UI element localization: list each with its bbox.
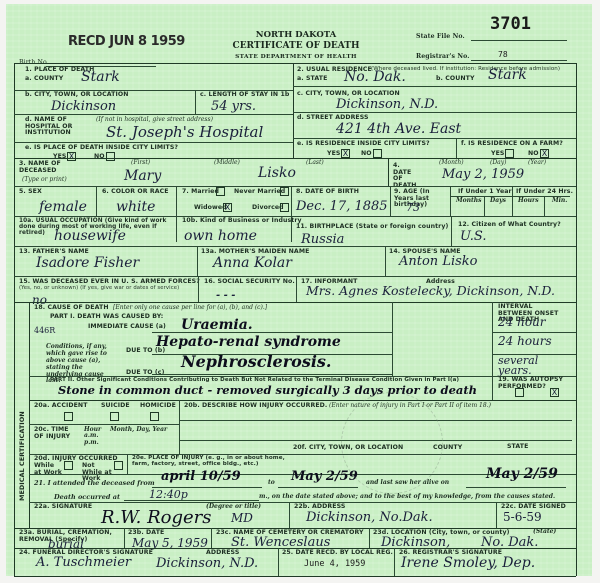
to-label: to — [268, 480, 275, 486]
last-name-label: (Last) — [306, 160, 324, 166]
place-of-injury-label: 20e. PLACE OF INJURY (e. g., in or about… — [132, 456, 287, 468]
death-certificate: RECD JUN 8 1959 NORTH DAKOTA CERTIFICATE… — [6, 4, 592, 576]
death-time-value: 12:40p — [149, 489, 188, 500]
cause-of-death-label: 18. CAUSE OF DEATH — [34, 305, 109, 312]
funeral-director-signature: A. Tuschmeier — [36, 556, 131, 569]
time-of-injury-label: 20c. TIME OF INJURY — [34, 427, 72, 440]
death-occurred-suffix: m., on the date stated above; and to the… — [259, 494, 555, 500]
deceased-name-label: 3. NAME OF DECEASED — [19, 161, 64, 174]
married-checkbox[interactable] — [216, 187, 225, 196]
under-24-hrs-label: If Under 24 Hrs. — [516, 189, 573, 196]
citizen-value: U.S. — [460, 230, 486, 243]
last-saw-value: May 2/59 — [486, 467, 558, 481]
race-label: 6. COLOR OR RACE — [102, 189, 169, 196]
no-label: NO — [361, 151, 372, 158]
part2-value: Stone in common duct - removed surgicall… — [58, 385, 477, 397]
date-received-label: 25. DATE RECD. BY LOCAL REG. — [282, 550, 393, 557]
degree-label: (Degree or title) — [206, 504, 261, 510]
cause-c-value: Nephrosclerosis. — [181, 354, 332, 370]
dob-value: Dec. 17, 1885 — [296, 200, 388, 213]
divorced-label: Divorced — [252, 205, 284, 212]
sex-label: 5. SEX — [19, 189, 42, 196]
certificate-title: CERTIFICATE OF DEATH — [206, 41, 386, 51]
month-label: (Month) — [439, 160, 464, 166]
widowed-label: Widowed — [194, 205, 227, 212]
interval-a-value: 24 hour — [498, 316, 546, 328]
death-inside-city-yes-checkbox[interactable]: X — [67, 152, 76, 161]
death-county-value: Stark — [81, 70, 120, 84]
date-signed-value: 5-6-59 — [503, 511, 542, 523]
farm-yes-checkbox[interactable] — [505, 149, 514, 158]
autopsy-no-checkbox[interactable]: X — [550, 388, 559, 397]
business-value: own home — [184, 229, 257, 243]
no-label: NO — [528, 151, 539, 158]
interval-b-value: 24 hours — [498, 335, 552, 347]
citizen-label: 12. Citizen of What Country? — [458, 222, 561, 229]
cause-b-value: Hepato-renal syndrome — [156, 335, 341, 349]
department-heading: STATE DEPARTMENT OF HEALTH — [211, 54, 381, 60]
res-inside-city-label: e. IS RESIDENCE INSIDE CITY LIMITS? — [297, 141, 430, 148]
never-married-checkbox[interactable] — [280, 187, 289, 196]
sex-value: female — [39, 200, 87, 214]
min-label: Min. — [552, 198, 567, 204]
business-label: 10b. Kind of Business or Industry — [182, 218, 302, 225]
res-city-value: Dickinson, N.D. — [336, 98, 438, 111]
divorced-checkbox[interactable] — [280, 203, 289, 212]
age-value: 73 — [406, 202, 420, 213]
farm-label: f. IS RESIDENCE ON A FARM? — [461, 141, 563, 148]
attended-from-value: april 10/59 — [161, 470, 241, 483]
medical-certification-label: MEDICAL CERTIFICATION — [18, 411, 26, 501]
yes-label: YES — [327, 151, 340, 158]
middle-name-label: (Middle) — [214, 160, 240, 166]
death-city-label: b. CITY, TOWN, OR LOCATION — [25, 92, 129, 99]
accident-label: 20a. ACCIDENT — [34, 403, 88, 410]
physician-signature: R.W. Rogers — [101, 509, 211, 527]
months-label: Months — [456, 198, 482, 204]
not-while-at-work-checkbox[interactable] — [114, 461, 123, 470]
res-inside-city-yes-checkbox[interactable]: X — [341, 149, 350, 158]
armed-forces-hint: (Yes, no, or unknown) (If yes, give war … — [19, 286, 179, 292]
death-city-value: Dickinson — [51, 100, 116, 113]
autopsy-yes-checkbox[interactable] — [515, 388, 524, 397]
occupation-value: housewife — [54, 229, 126, 243]
attended-label: 21. I attended the deceased from — [34, 480, 155, 487]
hours-label: Hours — [518, 198, 539, 204]
mother-maiden-name-value: Anna Kolar — [213, 256, 292, 270]
interval-c-value: several years. — [498, 356, 568, 377]
cause-a-value: Uraemia. — [181, 318, 253, 332]
suicide-label: SUICIDE — [101, 403, 130, 410]
spouse-name-value: Anton Lisko — [399, 255, 477, 268]
immediate-cause-label: IMMEDIATE CAUSE (a) — [88, 324, 166, 331]
yes-label: YES — [491, 151, 504, 158]
registrar-signature-value: Irene Smoley, Dep. — [401, 556, 535, 570]
cause-of-death-hint: [Enter only one cause per line for (a), … — [113, 305, 267, 311]
birthplace-label: 11. BIRTHPLACE (State or foreign country… — [296, 224, 448, 231]
length-of-stay-value: 54 yrs. — [211, 100, 256, 113]
res-state-value: No. Dak. — [344, 70, 406, 84]
injury-state-label: STATE — [507, 444, 528, 451]
suicide-checkbox[interactable] — [110, 412, 119, 421]
embossed-seal — [341, 392, 443, 494]
time-of-injury-date-hint: Month, Day, Year — [110, 427, 167, 433]
day-label: (Day) — [490, 160, 506, 166]
death-occurred-label: Death occurred at — [54, 494, 120, 501]
code-note: 446R — [34, 327, 55, 335]
ssn-label: 16. SOCIAL SECURITY No. — [204, 279, 295, 286]
year-label: (Year) — [528, 160, 546, 166]
state-file-no-label: State File No. — [416, 34, 465, 41]
birthplace-value: Russia — [301, 233, 344, 246]
father-name-value: Isadore Fisher — [36, 256, 139, 270]
under-1-year-label: If Under 1 Year — [458, 189, 512, 196]
death-inside-city-no-checkbox[interactable] — [106, 152, 115, 161]
last-name-value: Lisko — [258, 166, 296, 180]
hospital-value: St. Joseph's Hospital — [106, 125, 263, 140]
physician-degree: MD — [231, 512, 253, 524]
signature-label: 22a. SIGNATURE — [34, 504, 92, 511]
farm-no-checkbox[interactable]: X — [540, 149, 549, 158]
race-value: white — [116, 200, 155, 214]
hospital-label: d. NAME OF HOSPITAL OR INSTITUTION — [25, 117, 83, 137]
homicide-label: HOMICIDE — [140, 403, 176, 410]
married-label: 7. Married — [182, 189, 219, 196]
while-at-work-checkbox[interactable] — [64, 461, 73, 470]
date-of-death-value: May 2, 1959 — [442, 168, 524, 181]
homicide-checkbox[interactable] — [150, 412, 159, 421]
registrar-no-label: Registrar's No. — [416, 54, 470, 61]
never-married-label: Never Married — [234, 189, 285, 196]
informant-value: Mrs. Agnes Kostelecky, Dickinson, N.D. — [306, 285, 555, 298]
length-of-stay-label: c. LENGTH OF STAY IN 1b — [200, 92, 289, 99]
accident-checkbox[interactable] — [64, 412, 73, 421]
res-county-value: Stark — [488, 68, 527, 82]
death-inside-city-label: e. IS PLACE OF DEATH INSIDE CITY LIMITS? — [25, 145, 178, 152]
registrar-number: 78 — [498, 51, 508, 59]
funeral-director-address-value: Dickinson, N.D. — [156, 557, 258, 570]
physician-address-value: Dickinson, No.Dak. — [306, 511, 433, 524]
describe-injury-label: 20b. DESCRIBE HOW INJURY OCCURRED. — [184, 403, 327, 410]
widowed-checkbox[interactable]: X — [223, 203, 232, 212]
street-address-value: 421 4th Ave. East — [336, 122, 461, 136]
days-label: Days — [490, 198, 506, 204]
first-name-value: Mary — [124, 169, 161, 183]
deceased-name-hint: (Type or print) — [22, 177, 67, 183]
state-file-number: 3701 — [490, 16, 531, 33]
ssn-value: - - - — [216, 291, 235, 301]
death-county-label: a. COUNTY — [25, 76, 63, 83]
res-state-label: a. STATE — [297, 76, 327, 83]
time-of-injury-hint: Hour a.m. p.m. — [84, 427, 109, 446]
attended-to-value: May 2/59 — [291, 470, 358, 483]
res-inside-city-no-checkbox[interactable] — [373, 149, 382, 158]
dob-label: 8. DATE OF BIRTH — [296, 189, 359, 196]
state-heading: NORTH DAKOTA — [226, 30, 366, 40]
received-stamp: RECD JUN 8 1959 — [68, 34, 185, 49]
part1-label: PART I. DEATH WAS CAUSED BY: — [50, 314, 163, 321]
first-name-label: (First) — [131, 160, 150, 166]
date-received-value: June 4, 1959 — [304, 560, 365, 569]
res-county-label: b. COUNTY — [436, 76, 475, 83]
